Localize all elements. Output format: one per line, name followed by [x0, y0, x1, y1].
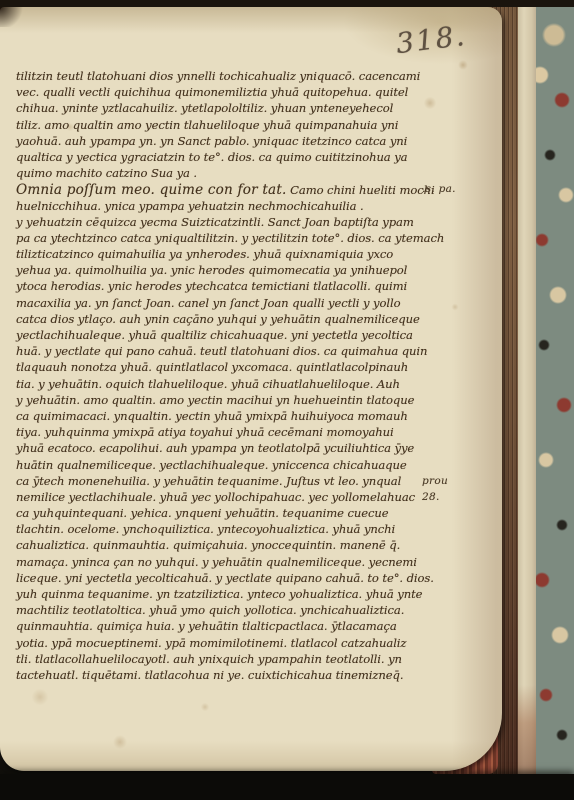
line-text: tilitzin teutl tlatohuani dios ynnelli t… [16, 69, 420, 83]
line-text: quimo machito catzino Sua ya . [16, 166, 197, 180]
manuscript-line: tli. tlatlacollahuelilocayotl. auh ynixq… [16, 652, 468, 668]
line-text: huelnicchihua. ynica ypampa yehuatzin ne… [16, 199, 364, 213]
manuscript-line: catca dios ytlaço. auh ynin caçāno yuhqu… [16, 312, 468, 328]
manuscript-line: yotia. ypā mocueptinemi. ypā momimilotin… [16, 636, 468, 652]
line-text: yectlachihualeque. yhuā qualtiliz chicah… [16, 328, 413, 342]
line-text: ca yuhquintequani. yehica. ynqueni yehuā… [16, 506, 389, 520]
folio-number: 318. [394, 19, 468, 60]
line-text: macaxilia ya. yn ſanct Joan. canel yn ſa… [16, 296, 400, 310]
line-text: liceque. yni yectetla yecolticahuā. y ye… [16, 571, 434, 585]
line-text: cahualiztica. quinmauhtia. quimiçahuia. … [16, 538, 400, 552]
line-text: tactehuatl. tiquētami. tlatlacohua ni ye… [16, 668, 403, 682]
manuscript-line: tlaquauh nonotza yhuā. quintlatlacol yxc… [16, 360, 468, 376]
line-text: ytoca herodias. ynic herodes ytechcatca … [16, 279, 407, 293]
manuscript-line: huātin qualnemiliceque. yectlachihualequ… [16, 458, 468, 474]
margin-note: 28. [422, 491, 440, 503]
manuscript-line: tilitzin teutl tlatohuani dios ynnelli t… [16, 69, 468, 85]
manuscript-line: cahualiztica. quinmauhtia. quimiçahuia. … [16, 538, 468, 554]
manuscript-line: yehua ya. quimolhuilia ya. ynic herodes … [16, 263, 468, 279]
manuscript-line: y yehuatzin cēquizca yecma Suizticatzint… [16, 215, 468, 231]
photo-bottom-band [0, 774, 574, 800]
margin-note: prou [422, 475, 448, 487]
manuscript-line: yaohuā. auh ypampa yn. yn Sanct pablo. y… [16, 134, 468, 150]
manuscript-line: tia. y yehuātin. oquich tlahueliloque. y… [16, 377, 468, 393]
manuscript-line: ca yuhquintequani. yehica. ynqueni yehuā… [16, 506, 468, 522]
manuscript-line: ca ȳtech monenehuilia. y yehuātin tequan… [16, 474, 468, 490]
line-text: yuh quinma tequanime. yn tzatziliztica. … [16, 587, 422, 601]
line-text: yehua ya. quimolhuilia ya. ynic herodes … [16, 263, 407, 277]
manuscript-line: macaxilia ya. yn ſanct Joan. canel yn ſa… [16, 296, 468, 312]
line-text: pa ca ytechtzinco catca yniqualtilitzin.… [16, 231, 444, 245]
manuscript-line: chihua. yninte yztlacahuiliz. ytetlapolo… [16, 101, 468, 117]
manuscript-line: huā. y yectlate qui pano cahuā. teutl tl… [16, 344, 468, 360]
manuscript-line: tlachtin. ocelome. ynchoquiliztica. ynte… [16, 522, 468, 538]
line-text: tiliz. amo qualtin amo yectin tlahuelilo… [16, 118, 398, 132]
line-text: yaohuā. auh ypampa yn. yn Sanct pablo. y… [16, 134, 407, 148]
manuscript-page: 318. tilitzin teutl tlatohuani dios ynne… [0, 7, 502, 771]
line-text: tli. tlatlacollahuelilocayotl. auh ynixq… [16, 652, 402, 666]
line-text: quinmauhtia. quimiça huia. y yehuātin tl… [16, 619, 397, 633]
manuscript-line: quinmauhtia. quimiça huia. y yehuātin tl… [16, 619, 468, 635]
manuscript-line: tilizticatzinco quimahuilia ya ynherodes… [16, 247, 468, 263]
line-text: ca quimimacaci. ynqualtin. yectin yhuā y… [16, 409, 408, 423]
photo-top-band [0, 0, 574, 7]
manuscript-line: quimo machito catzino Sua ya . [16, 166, 468, 182]
latin-quote: Omnia poſſum meo. quime con for tat. [16, 182, 287, 198]
line-text: tilizticatzinco quimahuilia ya ynherodes… [16, 247, 393, 261]
manuscript-line: qualtica y yectica ygraciatzin to te°. d… [16, 150, 468, 166]
line-text: qualtica y yectica ygraciatzin to te°. d… [16, 150, 407, 164]
manuscript-line: yhuā ecatoco. ecapolihui. auh ypampa yn … [16, 441, 468, 457]
manuscript-line: nemilice yectlachihuale. yhuā yec yolloc… [16, 490, 468, 506]
line-text: Camo chini hueliti mochi [287, 183, 435, 197]
line-text: huātin qualnemiliceque. yectlachihualequ… [16, 458, 407, 472]
line-text: chihua. yninte yztlacahuiliz. ytetlapolo… [16, 101, 393, 115]
manuscript-line: pa ca ytechtzinco catca yniqualtilitzin.… [16, 231, 468, 247]
line-text: yhuā ecatoco. ecapolihui. auh ypampa yn … [16, 441, 414, 455]
manuscript-line: ytoca herodias. ynic herodes ytechcatca … [16, 279, 468, 295]
line-text: huā. y yectlate qui pano cahuā. teutl tl… [16, 344, 427, 358]
text-block: tilitzin teutl tlatohuani dios ynnelli t… [16, 69, 468, 684]
manuscript-line: y yehuātin. amo qualtin. amo yectin maci… [16, 393, 468, 409]
manuscript-line: Omnia poſſum meo. quime con for tat. Cam… [16, 182, 468, 198]
manuscript-line: tiya. yuhquinma ymixpā atiya toyahui yhu… [16, 425, 468, 441]
manuscript-line: yectlachihualeque. yhuā qualtiliz chicah… [16, 328, 468, 344]
line-text: machtiliz teotlatoltica. yhuā ymo quich … [16, 603, 404, 617]
manuscript-line: tactehuatl. tiquētami. tlatlacohua ni ye… [16, 668, 468, 684]
manuscript-line: liceque. yni yectetla yecolticahuā. y ye… [16, 571, 468, 587]
line-text: tia. y yehuātin. oquich tlahueliloque. y… [16, 377, 400, 391]
line-text: vec. qualli vectli quichihua quimonemili… [16, 85, 408, 99]
line-text: nemilice yectlachihuale. yhuā yec yolloc… [16, 490, 415, 504]
line-text: tiya. yuhquinma ymixpā atiya toyahui yhu… [16, 425, 394, 439]
line-text: yotia. ypā mocueptinemi. ypā momimilotin… [16, 636, 406, 650]
line-text: y yehuātin. amo qualtin. amo yectin maci… [16, 393, 414, 407]
line-text: catca dios ytlaço. auh ynin caçāno yuhqu… [16, 312, 420, 326]
manuscript-line: machtiliz teotlatoltica. yhuā ymo quich … [16, 603, 468, 619]
marbled-endpaper [532, 5, 574, 778]
line-text: ca ȳtech monenehuilia. y yehuātin tequan… [16, 474, 401, 488]
line-text: tlaquauh nonotza yhuā. quintlatlacol yxc… [16, 360, 408, 374]
margin-note: .s. pa. [422, 183, 456, 195]
line-text: mamaça. yninca çan no yuhqui. y yehuātin… [16, 555, 417, 569]
line-text: tlachtin. ocelome. ynchoquiliztica. ynte… [16, 522, 395, 536]
manuscript-line: huelnicchihua. ynica ypampa yehuatzin ne… [16, 199, 468, 215]
cover-corner-shadow [0, 7, 26, 27]
line-text: y yehuatzin cēquizca yecma Suizticatzint… [16, 215, 414, 229]
manuscript-line: tiliz. amo qualtin amo yectin tlahuelilo… [16, 118, 468, 134]
manuscript-line: yuh quinma tequanime. yn tzatziliztica. … [16, 587, 468, 603]
manuscript-line: vec. qualli vectli quichihua quimonemili… [16, 85, 468, 101]
manuscript-line: ca quimimacaci. ynqualtin. yectin yhuā y… [16, 409, 468, 425]
manuscript-line: mamaça. yninca çan no yuhqui. y yehuātin… [16, 555, 468, 571]
